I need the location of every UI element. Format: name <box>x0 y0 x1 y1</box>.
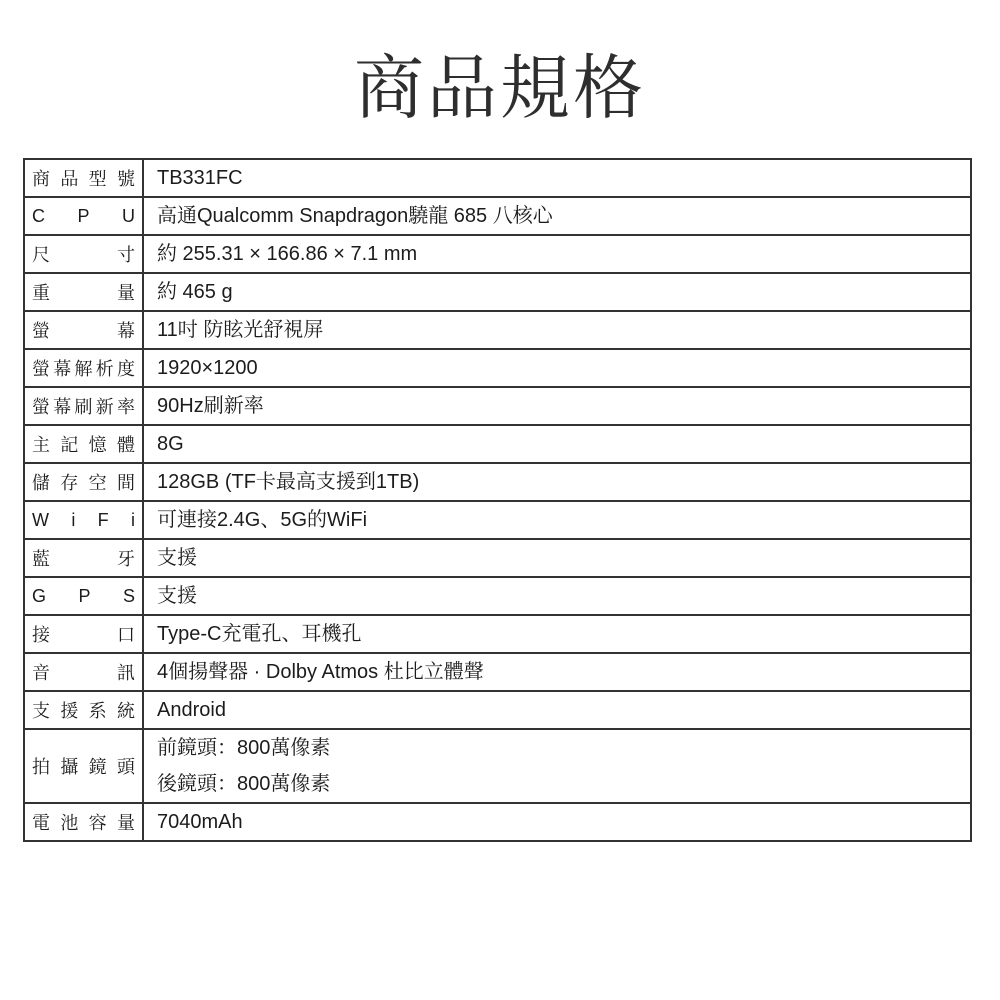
spec-label-char: 寸 <box>117 241 135 267</box>
spec-label-char: 接 <box>32 621 50 647</box>
spec-value: 前鏡頭：800萬像素 <box>157 730 962 766</box>
spec-value-cell: Android <box>143 691 971 729</box>
spec-value-cell: 7040mAh <box>143 803 971 841</box>
spec-label-char: 間 <box>117 469 135 495</box>
spec-label: 商品型號 <box>32 165 135 191</box>
spec-label-cell: 尺寸 <box>24 235 143 273</box>
spec-value-cell: TB331FC <box>143 159 971 197</box>
spec-label: 螢幕解析度 <box>32 355 135 381</box>
spec-value: 8G <box>157 426 962 462</box>
spec-row: 商品型號TB331FC <box>24 159 971 197</box>
spec-row: 主記憶體8G <box>24 425 971 463</box>
spec-value: 4個揚聲器 · Dolby Atmos 杜比立體聲 <box>157 654 962 690</box>
spec-label: 拍攝鏡頭 <box>32 753 135 779</box>
spec-label-char: 型 <box>89 165 107 191</box>
spec-value: 支援 <box>157 540 962 576</box>
spec-value-cell: 90Hz刷新率 <box>143 387 971 425</box>
spec-row: 儲存空間128GB (TF卡最高支援到1TB) <box>24 463 971 501</box>
spec-value: 7040mAh <box>157 804 962 840</box>
spec-value: 後鏡頭：800萬像素 <box>157 766 962 802</box>
spec-label-char: 度 <box>117 355 135 381</box>
spec-value-cell: 4個揚聲器 · Dolby Atmos 杜比立體聲 <box>143 653 971 691</box>
spec-row: 支援系統Android <box>24 691 971 729</box>
spec-label-char: 牙 <box>117 545 135 571</box>
spec-label: 主記憶體 <box>32 431 135 457</box>
spec-row: 接口Type-C充電孔、耳機孔 <box>24 615 971 653</box>
spec-label-cell: 儲存空間 <box>24 463 143 501</box>
spec-value-cell: Type-C充電孔、耳機孔 <box>143 615 971 653</box>
spec-row: 螢幕刷新率90Hz刷新率 <box>24 387 971 425</box>
spec-label-cell: 主記憶體 <box>24 425 143 463</box>
spec-row: 螢幕11吋 防眩光舒視屏 <box>24 311 971 349</box>
spec-label-char: 容 <box>89 809 107 835</box>
spec-label: GPS <box>32 586 135 607</box>
spec-label-char: 析 <box>96 355 114 381</box>
spec-label-char: 幕 <box>117 317 135 343</box>
spec-label-char: 刷 <box>75 393 93 419</box>
spec-label-char: 體 <box>117 431 135 457</box>
spec-label-char: 電 <box>32 809 50 835</box>
spec-row: CPU高通Qualcomm Snapdragon驍龍 685 八核心 <box>24 197 971 235</box>
spec-label-cell: 螢幕 <box>24 311 143 349</box>
spec-value-cell: 前鏡頭：800萬像素後鏡頭：800萬像素 <box>143 729 971 803</box>
spec-value: 90Hz刷新率 <box>157 388 962 424</box>
spec-label-char: 攝 <box>60 753 78 779</box>
spec-row: GPS支援 <box>24 577 971 615</box>
spec-label-char: 拍 <box>32 753 50 779</box>
spec-label-cell: WiFi <box>24 501 143 539</box>
page-title: 商品規格 <box>0 50 1000 126</box>
spec-label-char: 解 <box>75 355 93 381</box>
spec-label-char: 音 <box>32 659 50 685</box>
spec-value-cell: 支援 <box>143 539 971 577</box>
spec-label-cell: 商品型號 <box>24 159 143 197</box>
spec-label: 螢幕刷新率 <box>32 393 135 419</box>
spec-row: 尺寸約 255.31 × 166.86 × 7.1 mm <box>24 235 971 273</box>
spec-label-char: 主 <box>32 431 50 457</box>
spec-label-char: 量 <box>117 809 135 835</box>
spec-label-char: C <box>32 206 45 227</box>
spec-label-cell: 拍攝鏡頭 <box>24 729 143 803</box>
spec-row: 電池容量7040mAh <box>24 803 971 841</box>
spec-row: 藍牙支援 <box>24 539 971 577</box>
spec-row: 拍攝鏡頭前鏡頭：800萬像素後鏡頭：800萬像素 <box>24 729 971 803</box>
spec-label-cell: GPS <box>24 577 143 615</box>
spec-value-cell: 可連接2.4G、5G的WiFi <box>143 501 971 539</box>
spec-label-char: W <box>32 510 49 531</box>
spec-table: 商品型號TB331FCCPU高通Qualcomm Snapdragon驍龍 68… <box>23 158 972 842</box>
spec-label-char: P <box>78 586 90 607</box>
spec-label-char: 鏡 <box>89 753 107 779</box>
spec-value: 1920×1200 <box>157 350 962 386</box>
spec-value-cell: 128GB (TF卡最高支援到1TB) <box>143 463 971 501</box>
spec-label-char: 支 <box>32 697 50 723</box>
spec-label-char: 空 <box>89 469 107 495</box>
spec-label-char: 援 <box>60 697 78 723</box>
spec-label-char: U <box>122 206 135 227</box>
spec-value-cell: 高通Qualcomm Snapdragon驍龍 685 八核心 <box>143 197 971 235</box>
spec-label-char: 口 <box>117 621 135 647</box>
spec-label: 尺寸 <box>32 241 135 267</box>
spec-label-char: 號 <box>117 165 135 191</box>
spec-label-char: 幕 <box>53 393 71 419</box>
spec-label-char: 藍 <box>32 545 50 571</box>
spec-label: 儲存空間 <box>32 469 135 495</box>
spec-value: 可連接2.4G、5G的WiFi <box>157 502 962 538</box>
spec-row: WiFi可連接2.4G、5G的WiFi <box>24 501 971 539</box>
spec-label: 音訊 <box>32 659 135 685</box>
spec-value-cell: 約 465 g <box>143 273 971 311</box>
spec-label-char: 憶 <box>89 431 107 457</box>
spec-label-cell: 音訊 <box>24 653 143 691</box>
spec-value-cell: 11吋 防眩光舒視屏 <box>143 311 971 349</box>
spec-label: 藍牙 <box>32 545 135 571</box>
spec-label-cell: CPU <box>24 197 143 235</box>
spec-label: 螢幕 <box>32 317 135 343</box>
spec-label-char: 系 <box>89 697 107 723</box>
spec-label-char: 率 <box>117 393 135 419</box>
spec-value: 11吋 防眩光舒視屏 <box>157 312 962 348</box>
spec-value-cell: 約 255.31 × 166.86 × 7.1 mm <box>143 235 971 273</box>
spec-label-char: 商 <box>32 165 50 191</box>
spec-label-char: 尺 <box>32 241 50 267</box>
spec-label-char: 重 <box>32 279 50 305</box>
spec-label-char: 螢 <box>32 355 50 381</box>
spec-label-char: i <box>131 510 135 531</box>
spec-value: 約 465 g <box>157 274 962 310</box>
spec-label-char: 螢 <box>32 393 50 419</box>
spec-sheet-page: 商品規格 商品型號TB331FCCPU高通Qualcomm Snapdragon… <box>0 0 1000 1000</box>
spec-label-char: 儲 <box>32 469 50 495</box>
spec-value: Android <box>157 692 962 728</box>
spec-value: 128GB (TF卡最高支援到1TB) <box>157 464 962 500</box>
spec-label-char: 品 <box>60 165 78 191</box>
spec-label-char: S <box>123 586 135 607</box>
spec-label-char: 螢 <box>32 317 50 343</box>
spec-row: 音訊4個揚聲器 · Dolby Atmos 杜比立體聲 <box>24 653 971 691</box>
spec-label: CPU <box>32 206 135 227</box>
spec-label-cell: 螢幕解析度 <box>24 349 143 387</box>
spec-label-cell: 重量 <box>24 273 143 311</box>
spec-label-char: P <box>77 206 89 227</box>
spec-label-char: 記 <box>60 431 78 457</box>
spec-label-char: 新 <box>96 393 114 419</box>
spec-label-cell: 接口 <box>24 615 143 653</box>
spec-value-cell: 8G <box>143 425 971 463</box>
spec-label: 支援系統 <box>32 697 135 723</box>
spec-label-char: 統 <box>117 697 135 723</box>
spec-label-cell: 螢幕刷新率 <box>24 387 143 425</box>
spec-label-char: i <box>71 510 75 531</box>
spec-label-cell: 藍牙 <box>24 539 143 577</box>
spec-value: 支援 <box>157 578 962 614</box>
spec-row: 螢幕解析度1920×1200 <box>24 349 971 387</box>
spec-value: TB331FC <box>157 160 962 196</box>
spec-value-cell: 1920×1200 <box>143 349 971 387</box>
spec-label: 電池容量 <box>32 809 135 835</box>
spec-value: 約 255.31 × 166.86 × 7.1 mm <box>157 236 962 272</box>
spec-row: 重量約 465 g <box>24 273 971 311</box>
spec-label-char: 幕 <box>53 355 71 381</box>
spec-label: WiFi <box>32 510 135 531</box>
spec-label-char: 池 <box>60 809 78 835</box>
spec-label-cell: 電池容量 <box>24 803 143 841</box>
spec-value-cell: 支援 <box>143 577 971 615</box>
spec-label: 重量 <box>32 279 135 305</box>
spec-label-char: 存 <box>60 469 78 495</box>
spec-value: Type-C充電孔、耳機孔 <box>157 616 962 652</box>
spec-label-char: 訊 <box>117 659 135 685</box>
spec-label-char: F <box>98 510 109 531</box>
spec-value: 高通Qualcomm Snapdragon驍龍 685 八核心 <box>157 198 962 234</box>
spec-label: 接口 <box>32 621 135 647</box>
spec-label-cell: 支援系統 <box>24 691 143 729</box>
spec-table-body: 商品型號TB331FCCPU高通Qualcomm Snapdragon驍龍 68… <box>24 159 971 841</box>
spec-label-char: 頭 <box>117 753 135 779</box>
spec-label-char: 量 <box>117 279 135 305</box>
spec-label-char: G <box>32 586 46 607</box>
